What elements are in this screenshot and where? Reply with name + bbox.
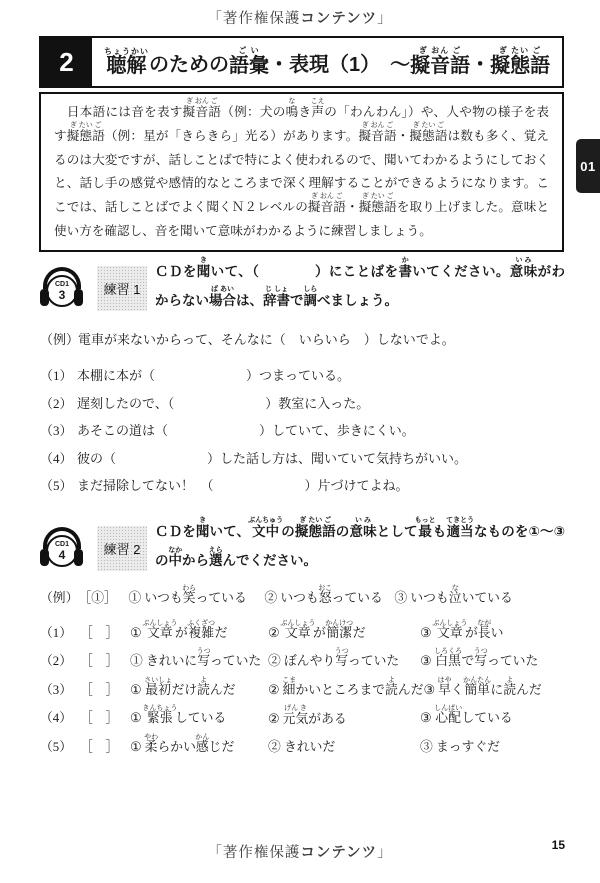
headphone-earcup-right-icon	[74, 549, 83, 566]
answer-bracket: ［ ］	[80, 619, 130, 647]
question-row: （4） ［ ］ ① 緊張きんちょうしている ② 元気げん きがある ③ 心配しん…	[40, 704, 585, 732]
question-number: （3）	[40, 676, 80, 704]
chapter-side-tab: 01	[576, 139, 600, 193]
practice2-question-list: （1） ［ ］ ① 文章ぶんしょうが複雑ふくざつだ ② 文章ぶんしょうが簡潔かん…	[40, 619, 585, 761]
question-number: （1）	[40, 619, 80, 647]
headphone-earcup-left-icon	[40, 289, 49, 306]
option-1: ① きれいに写うつっていた	[130, 647, 268, 675]
example-label: （例）	[40, 329, 78, 348]
question-row: （1） ［ ］ ① 文章ぶんしょうが複雑ふくざつだ ② 文章ぶんしょうが簡潔かん…	[40, 619, 585, 647]
cd-track-number: 4	[59, 549, 66, 561]
cd-track-number: 3	[59, 289, 66, 301]
option-1: ① 最初さいしょだけ読よんだ	[130, 676, 268, 704]
option-3: ③ 心配しんぱいしている	[420, 704, 513, 732]
option-3: ③ いつも泣ないている	[394, 583, 512, 613]
example-sentence: 電車が来ないからって、そんなに（ いらいら ）しないでよ。	[78, 329, 455, 348]
option-3: ③ 白黒しろくろで写うつっていた	[420, 647, 538, 675]
chapter-header: 2 聴解ちょうかいのための語彙ご い・表現（1） ～擬音語ぎ おん ご・擬態語ぎ…	[39, 36, 564, 88]
option-2: ② 元気げん きがある	[268, 704, 420, 732]
answer-bracket: ［ ］	[80, 704, 130, 732]
practice1-question-list: （1） 本棚に本が（ ）つまっている。 （2） 遅刻したので、（ ）教室に入った…	[40, 362, 570, 500]
practice2-label: 練習 2	[97, 526, 147, 571]
headphone-earcup-left-icon	[40, 549, 49, 566]
option-1: ① 柔やわらかい感かんじだ	[130, 733, 268, 761]
practice1-instruction: ＣＤを聞きいて、（ ）にことばを書かいてください。意味い みがわからない場合ば …	[155, 257, 565, 315]
option-3: ③ 文章ぶんしょうが長ながい	[420, 619, 503, 647]
question-number: （5）	[40, 472, 77, 500]
question-row: （3） ［ ］ ① 最初さいしょだけ読よんだ ② 細こまかいところまで読よんだ …	[40, 676, 585, 704]
question-number: （4）	[40, 445, 77, 473]
answer-bracket: ［①］	[78, 583, 128, 613]
question-row: （2） 遅刻したので、（ ）教室に入った。	[40, 390, 570, 418]
copyright-text: 「著作権保護	[207, 11, 300, 27]
option-2: ② 文章ぶんしょうが簡潔かんけつだ	[268, 619, 420, 647]
question-number: （3）	[40, 417, 77, 445]
page-title: 聴解ちょうかいのための語彙ご い・表現（1） ～擬音語ぎ おん ご・擬態語ぎ た…	[92, 38, 562, 86]
question-number: （2）	[40, 390, 77, 418]
option-2: ② ぼんやり写うつっていた	[268, 647, 420, 675]
question-row: （3） あそこの道は（ ）していて、歩きにくい。	[40, 417, 570, 445]
question-sentence: 遅刻したので、（ ）教室に入った。	[77, 390, 369, 418]
question-sentence: 本棚に本が（ ）つまっている。	[77, 362, 350, 390]
copyright-text-bold: コンテンツ	[300, 11, 377, 27]
question-row: （2） ［ ］ ① きれいに写うつっていた ② ぼんやり写うつっていた ③ 白黒…	[40, 647, 585, 675]
question-sentence: まだ掃除してない！ （ ）片づけてよね。	[77, 472, 409, 500]
copyright-text: 「著作権保護	[207, 845, 300, 861]
copyright-text-close: 」	[377, 11, 393, 27]
practice1-example-row: （例） 電車が来ないからって、そんなに（ いらいら ）しないでよ。	[40, 329, 455, 348]
page-number: 15	[541, 838, 565, 852]
answer-bracket: ［ ］	[80, 733, 130, 761]
example-label: （例）	[40, 583, 78, 613]
question-number: （4）	[40, 704, 80, 732]
option-1: ① 緊張きんちょうしている	[130, 704, 268, 732]
question-row: （1） 本棚に本が（ ）つまっている。	[40, 362, 570, 390]
cd-audio-icon: CD1 4	[40, 526, 84, 571]
copyright-text-bold: コンテンツ	[300, 845, 377, 861]
headphone-earcup-right-icon	[74, 289, 83, 306]
option-3: ③ 早はやく簡単かんたんに読よんだ	[423, 676, 541, 704]
textbook-page: { "copyright_top": { "pre": "「著作権保護", "e…	[0, 0, 600, 883]
answer-bracket: ［ ］	[80, 676, 130, 704]
question-number: （1）	[40, 362, 77, 390]
practice1-label: 練習 1	[97, 266, 147, 311]
option-1: ① 文章ぶんしょうが複雑ふくざつだ	[130, 619, 268, 647]
question-number: （2）	[40, 647, 80, 675]
intro-paragraph-box: 日本語には音を表す擬音語ぎ おん ご（例：犬の鳴なき声こえの「わんわん」）や、人…	[39, 92, 564, 252]
question-number: （5）	[40, 733, 80, 761]
copyright-watermark-bottom: 「著作権保護コンテンツ」	[0, 841, 600, 862]
copyright-watermark-top: 「著作権保護コンテンツ」	[0, 7, 600, 28]
unit-number-badge: 2	[41, 38, 92, 86]
question-row: （4） 彼の（ ）した話し方は、聞いていて気持ちがいい。	[40, 445, 570, 473]
option-2: ② きれいだ	[268, 733, 420, 761]
question-row: （5） まだ掃除してない！ （ ）片づけてよね。	[40, 472, 570, 500]
copyright-text-close: 」	[377, 845, 393, 861]
question-row: （5） ［ ］ ① 柔やわらかい感かんじだ ② きれいだ ③ まっすぐだ	[40, 733, 585, 761]
option-3: ③ まっすぐだ	[420, 733, 500, 761]
option-2: ② 細こまかいところまで読よんだ	[268, 676, 423, 704]
practice2-instruction: ＣＤを聞きいて、文中ぶんちゅうの擬態語ぎ たい ごの意味い みとして最もっとも適…	[155, 517, 565, 575]
practice2-example-row: （例） ［①］ ① いつも笑わらっている ② いつも怒おこっている ③ いつも泣…	[40, 583, 513, 613]
question-sentence: 彼の（ ）した話し方は、聞いていて気持ちがいい。	[77, 445, 467, 473]
answer-bracket: ［ ］	[80, 647, 130, 675]
cd-audio-icon: CD1 3	[40, 266, 84, 311]
option-2: ② いつも怒おこっている	[264, 583, 394, 613]
question-sentence: あそこの道は（ ）していて、歩きにくい。	[77, 417, 415, 445]
option-1: ① いつも笑わらっている	[128, 583, 264, 613]
